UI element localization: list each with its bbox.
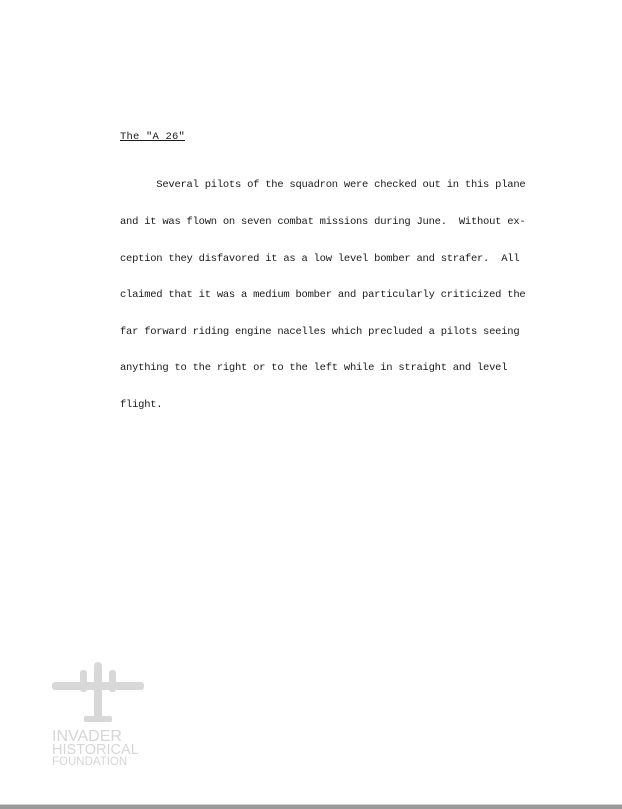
body-paragraph: Several pilots of the squadron were chec…: [120, 155, 520, 436]
watermark-line: HISTORICAL: [52, 744, 148, 756]
airplane-icon: [50, 660, 146, 730]
paragraph-line: far forward riding engine nacelles which…: [120, 326, 520, 338]
watermark-text: INVADER HISTORICAL FOUNDATION: [52, 730, 148, 768]
paragraph-line: flight.: [120, 399, 520, 411]
paragraph-line: and it was flown on seven combat mission…: [120, 216, 520, 228]
page-bottom-edge: [0, 804, 622, 809]
paragraph-line: Several pilots of the squadron were chec…: [120, 179, 520, 191]
section-title: The "A 26": [120, 131, 185, 143]
paragraph-line: claimed that it was a medium bomber and …: [120, 289, 520, 301]
document-page: The "A 26" Several pilots of the squadro…: [0, 0, 622, 804]
paragraph-line: ception they disfavored it as a low leve…: [120, 253, 520, 265]
paragraph-line: anything to the right or to the left whi…: [120, 362, 520, 374]
